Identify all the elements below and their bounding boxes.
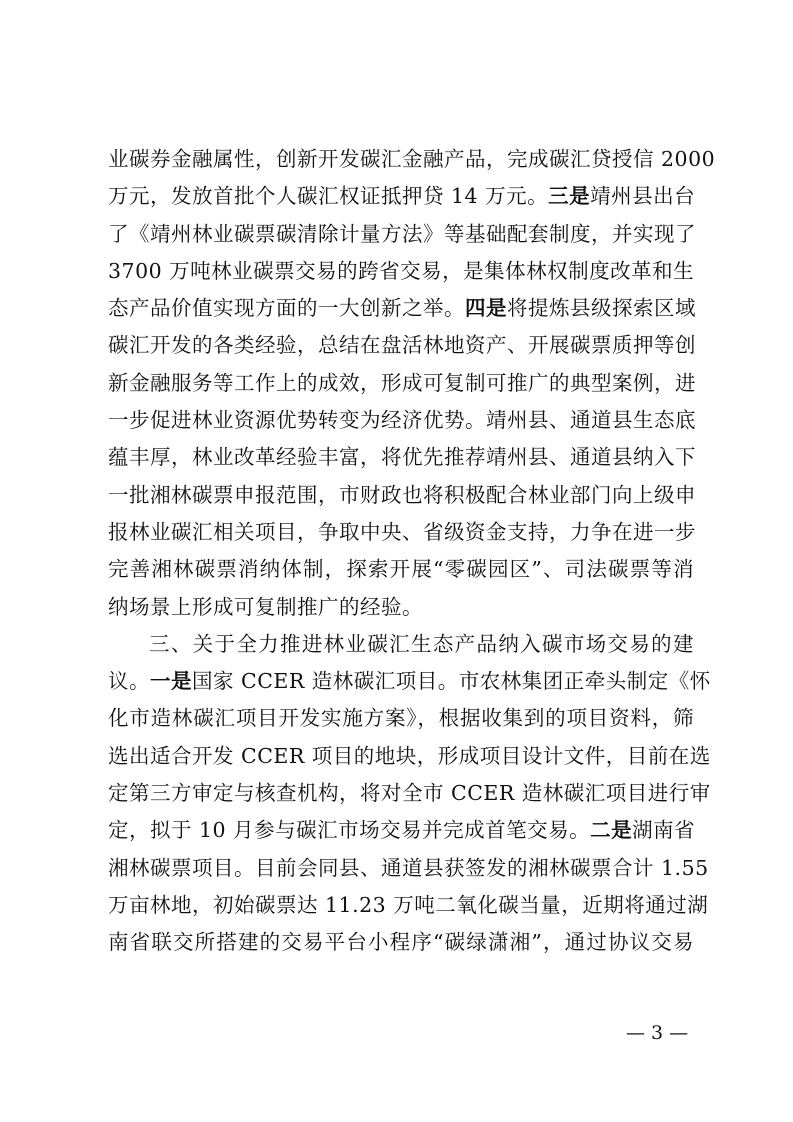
body-text: 纳场景上形成可复制推广的经验。 — [108, 595, 423, 619]
text-line: 完善湘林碳票消纳体制，探索开展“零碳园区”、司法碳票等消 — [108, 551, 694, 588]
body-text: 一批湘林碳票申报范围，市财政也将积极配合林业部门向上级申 — [108, 483, 696, 507]
text-line: 一步促进林业资源优势转变为经济优势。靖州县、通道县生态底 — [108, 402, 694, 439]
text-line: 议。一是国家 CCER 造林碳汇项目。市农林集团正牵头制定《怀 — [108, 663, 694, 700]
body-text: 定第三方审定与核查机构，将对全市 CCER 造林碳汇项目进行审 — [108, 781, 711, 805]
body-text: 定，拟于 10 月参与碳汇市场交易并完成首笔交易。 — [108, 818, 590, 842]
text-line: 一批湘林碳票申报范围，市财政也将积极配合林业部门向上级申 — [108, 477, 694, 514]
text-line: 纳场景上形成可复制推广的经验。 — [108, 589, 694, 626]
text-line: 定第三方审定与核查机构，将对全市 CCER 造林碳汇项目进行审 — [108, 775, 694, 812]
document-body: 业碳券金融属性，创新开发碳汇金融产品，完成碳汇贷授信 2000万元，发放首批个人… — [108, 141, 694, 962]
text-line: 3700 万吨林业碳票交易的跨省交易，是集体林权制度改革和生 — [108, 253, 694, 290]
bold-lead-phrase: 一是 — [150, 669, 192, 693]
body-text: 3700 万吨林业碳票交易的跨省交易，是集体林权制度改革和生 — [108, 259, 694, 283]
body-text: 态产品价值实现方面的一大创新之举。 — [108, 296, 465, 320]
bold-lead-phrase: 四是 — [465, 296, 507, 320]
text-line: 南省联交所搭建的交易平台小程序“碳绿潇湘”，通过协议交易 — [108, 924, 694, 961]
text-line: 定，拟于 10 月参与碳汇市场交易并完成首笔交易。二是湖南省 — [108, 812, 694, 849]
text-line: 新金融服务等工作上的成效，形成可复制可推广的典型案例，进 — [108, 365, 694, 402]
text-line: 报林业碳汇相关项目，争取中央、省级资金支持，力争在进一步 — [108, 514, 694, 551]
body-text: 完善湘林碳票消纳体制，探索开展“零碳园区”、司法碳票等消 — [108, 557, 694, 581]
section-heading: 议。 — [108, 669, 150, 693]
body-text: 了《靖州林业碳票碳清除计量方法》等基础配套制度，并实现了 — [108, 222, 696, 246]
body-text: 国家 CCER 造林碳汇项目。市农林集团正牵头制定《怀 — [192, 669, 711, 693]
body-text: 新金融服务等工作上的成效，形成可复制可推广的典型案例，进 — [108, 371, 696, 395]
body-text: 报林业碳汇相关项目，争取中央、省级资金支持，力争在进一步 — [108, 520, 696, 544]
page-number: — 3 — — [626, 1022, 688, 1044]
body-text: 一步促进林业资源优势转变为经济优势。靖州县、通道县生态底 — [108, 408, 696, 432]
body-text: 化市造林碳汇项目开发实施方案》，根据收集到的项目资料，筛 — [108, 706, 694, 730]
text-line: 态产品价值实现方面的一大创新之举。四是将提炼县级探索区域 — [108, 290, 694, 327]
text-line: 选出适合开发 CCER 项目的地块，形成项目设计文件，目前在选 — [108, 738, 694, 775]
text-line: 万元，发放首批个人碳汇权证抵押贷 14 万元。三是靖州县出台 — [108, 178, 694, 215]
text-line: 三、关于全力推进林业碳汇生态产品纳入碳市场交易的建 — [108, 626, 694, 663]
text-line: 了《靖州林业碳票碳清除计量方法》等基础配套制度，并实现了 — [108, 216, 694, 253]
text-line: 业碳券金融属性，创新开发碳汇金融产品，完成碳汇贷授信 2000 — [108, 141, 694, 178]
body-text: 业碳券金融属性，创新开发碳汇金融产品，完成碳汇贷授信 2000 — [108, 147, 715, 171]
document-page: 业碳券金融属性，创新开发碳汇金融产品，完成碳汇贷授信 2000万元，发放首批个人… — [0, 0, 793, 1122]
body-text: 选出适合开发 CCER 项目的地块，形成项目设计文件，目前在选 — [108, 744, 711, 768]
body-text: 湘林碳票项目。目前会同县、通道县获签发的湘林碳票合计 1.55 — [108, 856, 709, 880]
body-text: 湖南省 — [632, 818, 695, 842]
body-text: 蕴丰厚，林业改革经验丰富，将优先推荐靖州县、通道县纳入下 — [108, 445, 696, 469]
text-line: 万亩林地，初始碳票达 11.23 万吨二氧化碳当量，近期将通过湖 — [108, 887, 694, 924]
body-text: 南省联交所搭建的交易平台小程序“碳绿潇湘”，通过协议交易 — [108, 930, 694, 954]
body-text: 万亩林地，初始碳票达 11.23 万吨二氧化碳当量，近期将通过湖 — [108, 893, 708, 917]
bold-lead-phrase: 三是 — [548, 184, 590, 208]
section-heading: 三、关于全力推进林业碳汇生态产品纳入碳市场交易的建 — [149, 632, 694, 656]
text-line: 碳汇开发的各类经验，总结在盘活林地资产、开展碳票质押等创 — [108, 327, 694, 364]
body-text: 靖州县出台 — [590, 184, 695, 208]
body-text: 碳汇开发的各类经验，总结在盘活林地资产、开展碳票质押等创 — [108, 333, 696, 357]
body-text: 将提炼县级探索区域 — [507, 296, 696, 320]
body-text: 万元，发放首批个人碳汇权证抵押贷 14 万元。 — [108, 184, 548, 208]
text-line: 蕴丰厚，林业改革经验丰富，将优先推荐靖州县、通道县纳入下 — [108, 439, 694, 476]
text-line: 化市造林碳汇项目开发实施方案》，根据收集到的项目资料，筛 — [108, 700, 694, 737]
text-line: 湘林碳票项目。目前会同县、通道县获签发的湘林碳票合计 1.55 — [108, 850, 694, 887]
bold-lead-phrase: 二是 — [590, 818, 632, 842]
